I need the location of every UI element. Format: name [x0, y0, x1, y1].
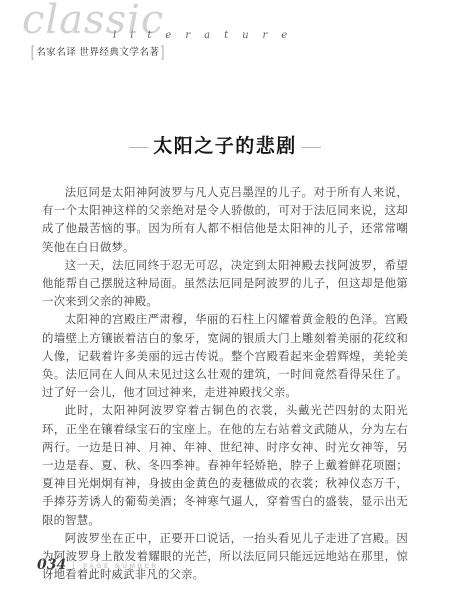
paragraph: 法厄同是太阳神阿波罗与凡人克吕墨涅的儿子。对于所有人来说，有一个太阳神这样的父亲…	[42, 184, 408, 257]
footer: 034 | PAGE NUMBER	[37, 557, 159, 573]
series-label-text: 名家名译 世界经典文学名著	[36, 47, 159, 58]
title-dash-right: —	[297, 136, 326, 157]
page-number: 034	[37, 557, 66, 573]
footer-divider: |	[72, 557, 75, 573]
paragraph: 此时，太阳神阿波罗穿着古铜色的衣裳，头戴光芒四射的太阳光环，正坐在镶着绿宝石的宝…	[42, 402, 408, 529]
paragraph: 这一天，法厄同终于忍无可忍，决定到太阳神殿去找阿波罗，希望他能帮自己摆脱这种局面…	[42, 257, 408, 312]
chapter-title-text: 太阳之子的悲剧	[153, 136, 297, 157]
header-script-literature: literature	[113, 30, 301, 41]
body-text: 法厄同是太阳神阿波罗与凡人克吕墨涅的儿子。对于所有人来说，有一个太阳神这样的父亲…	[42, 184, 408, 584]
footer-label: PAGE NUMBER	[83, 561, 159, 570]
series-label-bracket-right: ]	[161, 44, 164, 61]
title-dash-left: —	[124, 136, 153, 157]
series-label-bracket-left: [	[31, 44, 34, 61]
chapter-title: —太阳之子的悲剧—	[0, 134, 450, 160]
series-label: [名家名译 世界经典文学名著]	[29, 44, 167, 58]
book-page: classic literature [名家名译 世界经典文学名著] —太阳之子…	[0, 0, 450, 600]
paragraph: 太阳神的宫殿庄严肃穆，华丽的石柱上闪耀着黄金般的色泽。宫殿的墙壁上方镶嵌着洁白的…	[42, 311, 408, 402]
